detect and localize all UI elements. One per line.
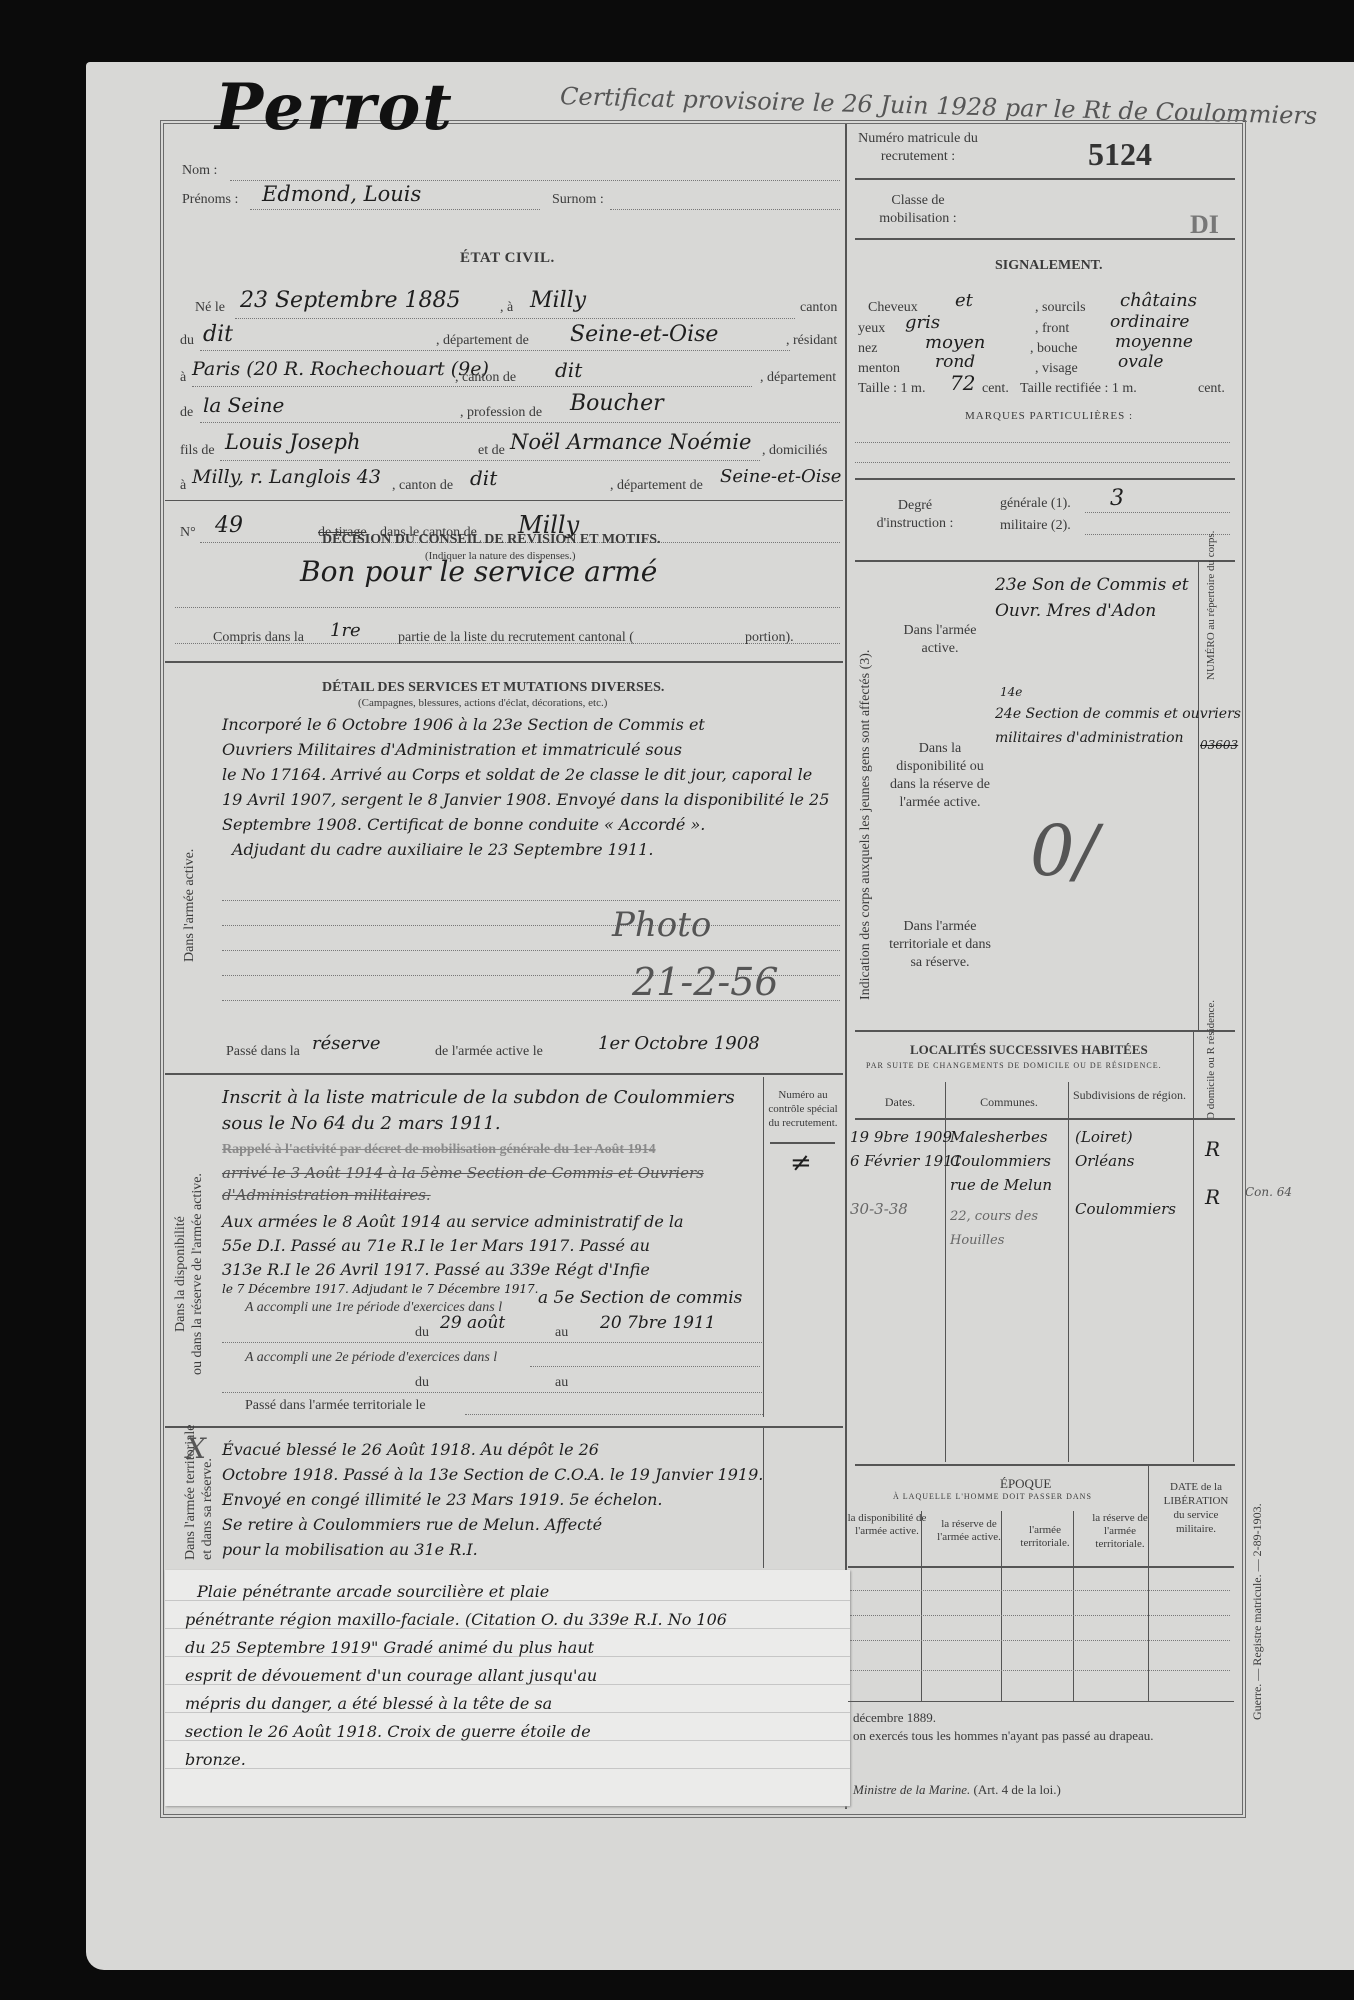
side-label-dispo: Dans la disponibilité ou dans la réserve… xyxy=(172,1173,206,1375)
etat-civil-heading: ÉTAT CIVIL. xyxy=(460,250,555,267)
decision-heading: DÉCISION DU CONSEIL DE REVISION ET MOTIF… xyxy=(322,532,661,548)
services-active-text: Incorporé le 6 Octobre 1906 à la 23e Sec… xyxy=(222,712,842,862)
prenoms-label: Prénoms : xyxy=(182,192,238,208)
birth-departement: Seine-et-Oise xyxy=(570,322,718,347)
prenoms-value: Edmond, Louis xyxy=(262,182,421,206)
mother-name: Noël Armance Noémie xyxy=(510,430,751,454)
citation-slip: Plaie pénétrante arcade sourcilière et p… xyxy=(165,1570,850,1806)
front-value: ordinaire xyxy=(1110,312,1189,332)
photo-note: Photo xyxy=(612,905,711,945)
matricule-number: 5124 xyxy=(1088,136,1152,173)
visage-value: ovale xyxy=(1118,352,1163,372)
affectation-active: 23e Son de Commis et Ouvr. Mres d'Adon xyxy=(995,572,1189,624)
nom-label: Nom : xyxy=(182,163,217,179)
surname: Perrot xyxy=(215,70,454,145)
passe-date: 1er Octobre 1908 xyxy=(598,1033,760,1054)
decision-value: Bon pour le service armé xyxy=(300,555,657,588)
surnom-label: Surnom : xyxy=(552,192,604,208)
signalement-heading: SIGNALEMENT. xyxy=(995,258,1102,274)
passe-reserve: réserve xyxy=(312,1033,381,1054)
periode1-value: a 5e Section de commis xyxy=(538,1288,742,1308)
cheveux-value: et xyxy=(955,290,973,311)
controle-header: Numéro au contrôle spécial du recrutemen… xyxy=(768,1088,838,1130)
residence: Paris (20 R. Rochechouart (9e) xyxy=(192,358,489,380)
printer-mark: Guerre. — Registre matricule. — 2-89-190… xyxy=(1250,1503,1265,1720)
localites-dr: R R xyxy=(1205,1125,1220,1221)
epoque-heading: ÉPOQUE xyxy=(1000,1476,1051,1492)
classe-stamp: DI xyxy=(1190,210,1219,240)
territoriale-mark: 0/ xyxy=(1030,810,1098,892)
birth-place: Milly xyxy=(530,288,586,313)
instruction-generale: 3 xyxy=(1110,486,1124,511)
compris-partie: 1re xyxy=(330,620,361,641)
localites-dates: 19 9bre 1909 6 Février 1911 30-3-38 xyxy=(850,1125,962,1221)
side-label-active: Dans l'armée active. xyxy=(182,849,198,962)
parents-domicile: Milly, r. Langlois 43 xyxy=(192,466,381,488)
localites-heading: LOCALITÉS SUCCESSIVES HABITÉES xyxy=(910,1042,1148,1058)
profession: Boucher xyxy=(570,391,664,416)
tirage-number: 49 xyxy=(215,513,243,538)
photo-date: 21-2-56 xyxy=(632,960,779,1004)
menton-value: rond xyxy=(935,352,975,372)
territoriale-text: Évacué blessé le 26 Août 1918. Au dépôt … xyxy=(222,1437,822,1562)
dispo-service-text: Aux armées le 8 Août 1914 au service adm… xyxy=(222,1210,802,1296)
citation-text: Plaie pénétrante arcade sourcilière et p… xyxy=(185,1578,845,1774)
bouche-value: moyenne xyxy=(1115,332,1193,352)
localites-subdivisions: (Loiret) Orléans Coulommiers xyxy=(1075,1125,1193,1221)
rappele-struck: Rappelé à l'activité par décret de mobil… xyxy=(222,1142,762,1158)
classe-label: Classe de mobilisation : xyxy=(858,192,978,228)
localites-communes: Malesherbes Coulommiers rue de Melun 22,… xyxy=(950,1125,1068,1253)
affectations-side-label: Indication des corps auxquels les jeunes… xyxy=(858,650,874,1000)
arrive-struck: arrivé le 3 Août 1914 à la 5ème Section … xyxy=(222,1162,762,1206)
ne-le-label: Né le xyxy=(195,300,225,316)
birth-canton: dit xyxy=(203,322,233,347)
controle-value: ≠ xyxy=(790,1148,812,1178)
birth-date: 23 Septembre 1885 xyxy=(240,288,460,313)
periode1-au: 20 7bre 1911 xyxy=(600,1313,716,1333)
periode1-du: 29 août xyxy=(440,1313,505,1333)
taille-value: 72 xyxy=(950,371,975,395)
matricule-label: Numéro matricule du recrutement : xyxy=(858,130,978,166)
nez-value: moyen xyxy=(925,332,985,353)
yeux-value: gris xyxy=(905,312,940,333)
father-name: Louis Joseph xyxy=(225,430,361,454)
services-heading: DÉTAIL DES SERVICES ET MUTATIONS DIVERSE… xyxy=(322,680,664,696)
sourcils-value: châtains xyxy=(1120,290,1197,311)
